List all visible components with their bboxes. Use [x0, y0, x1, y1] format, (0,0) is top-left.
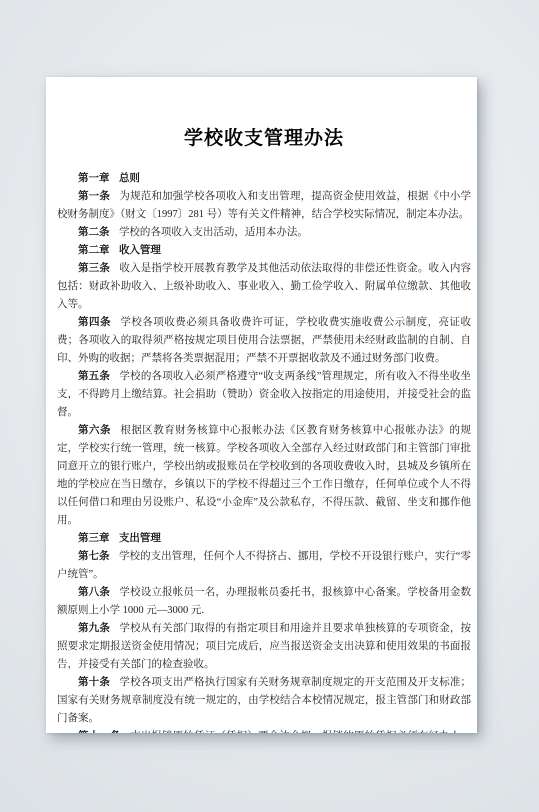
- chapter-heading: 第一章总则: [57, 170, 471, 188]
- article-number: 第十一条: [78, 731, 121, 733]
- chapter-number: 第三章: [78, 533, 110, 544]
- article-number: 第六条: [78, 425, 111, 436]
- article-number: 第七条: [78, 551, 110, 562]
- article-text: 学校的支出管理，任何个人不得挤占、挪用，学校不开设银行账户，实行“零户统管”。: [57, 551, 471, 580]
- article-text: 收入是指学校开展教育教学及其他活动依法取得的非偿还性资金。收入内容包括：财政补助…: [57, 263, 471, 310]
- article-text: 学校各项收费必须具备收费许可证，学校收费实施收费公示制度，亮证收费；各项收入的取…: [57, 317, 471, 364]
- article-paragraph: 第四条学校各项收费必须具备收费许可证，学校收费实施收费公示制度，亮证收费；各项收…: [57, 314, 471, 368]
- article-paragraph: 第一条为规范和加强学校各项收入和支出管理，提高资金使用效益，根据《中小学校财务制…: [57, 188, 471, 224]
- article-number: 第三条: [78, 263, 110, 274]
- article-text: 根据区教育财务核算中心报帐办法《区教育财务核算中心报帐办法》的规定，学校实行统一…: [57, 425, 471, 526]
- chapter-title: 收入管理: [119, 245, 161, 256]
- article-text: 学校的各项收入必须严格遵守“收支两条线”管理规定，所有收入不得坐收坐支，不得跨月…: [57, 371, 471, 418]
- document-page: 学校收支管理办法 第一章总则 第一条为规范和加强学校各项收入和支出管理，提高资金…: [46, 77, 477, 733]
- chapter-heading: 第三章支出管理: [57, 530, 471, 548]
- article-number: 第四条: [78, 317, 111, 328]
- article-paragraph: 第五条学校的各项收入必须严格遵守“收支两条线”管理规定，所有收入不得坐收坐支，不…: [57, 368, 471, 422]
- article-paragraph: 第七条学校的支出管理，任何个人不得挤占、挪用，学校不开设银行账户，实行“零户统管…: [57, 548, 471, 584]
- article-paragraph: 第六条根据区教育财务核算中心报帐办法《区教育财务核算中心报帐办法》的规定，学校实…: [57, 422, 471, 530]
- article-number: 第八条: [78, 587, 110, 598]
- chapter-number: 第一章: [78, 173, 110, 184]
- document-body: 第一章总则 第一条为规范和加强学校各项收入和支出管理，提高资金使用效益，根据《中…: [57, 170, 471, 733]
- article-number: 第二条: [78, 227, 110, 238]
- article-paragraph: 第九条学校从有关部门取得的有指定项目和用途并且要求单独核算的专项资金，按照要求定…: [57, 620, 471, 674]
- document-title: 学校收支管理办法: [57, 125, 471, 152]
- chapter-title: 总则: [119, 173, 140, 184]
- chapter-heading: 第二章收入管理: [57, 242, 471, 260]
- article-paragraph: 第八条学校设立报帐员一名，办理报帐员委托书，报核算中心备案。学校备用金数额原则上…: [57, 584, 471, 620]
- desktop-background: { "document": { "title": "学校收支管理办法", "pa…: [0, 0, 539, 812]
- chapter-title: 支出管理: [119, 533, 161, 544]
- article-text: 学校设立报帐员一名，办理报帐员委托书，报核算中心备案。学校备用金数额原则上小学 …: [57, 587, 471, 616]
- article-text: 学校的各项收入支出活动，适用本办法。: [119, 227, 308, 238]
- article-paragraph: 第十一条支出报销原始凭证（凭据）要合法合规，报销的原始凭据必须有经办人、验收人（…: [57, 728, 471, 733]
- article-number: 第五条: [78, 371, 110, 382]
- article-number: 第十条: [78, 677, 110, 688]
- article-number: 第九条: [78, 623, 110, 634]
- article-paragraph: 第二条学校的各项收入支出活动，适用本办法。: [57, 224, 471, 242]
- article-text: 学校从有关部门取得的有指定项目和用途并且要求单独核算的专项资金，按照要求定期报送…: [57, 623, 471, 670]
- article-text: 为规范和加强学校各项收入和支出管理，提高资金使用效益，根据《中小学校财务制度》（…: [57, 191, 471, 220]
- article-paragraph: 第十条学校各项支出严格执行国家有关财务规章制度规定的开支范围及开支标准；国家有关…: [57, 674, 471, 728]
- article-paragraph: 第三条收入是指学校开展教育教学及其他活动依法取得的非偿还性资金。收入内容包括：财…: [57, 260, 471, 314]
- chapter-number: 第二章: [78, 245, 110, 256]
- article-text: 学校各项支出严格执行国家有关财务规章制度规定的开支范围及开支标准；国家有关财务规…: [57, 677, 471, 724]
- article-number: 第一条: [78, 191, 110, 202]
